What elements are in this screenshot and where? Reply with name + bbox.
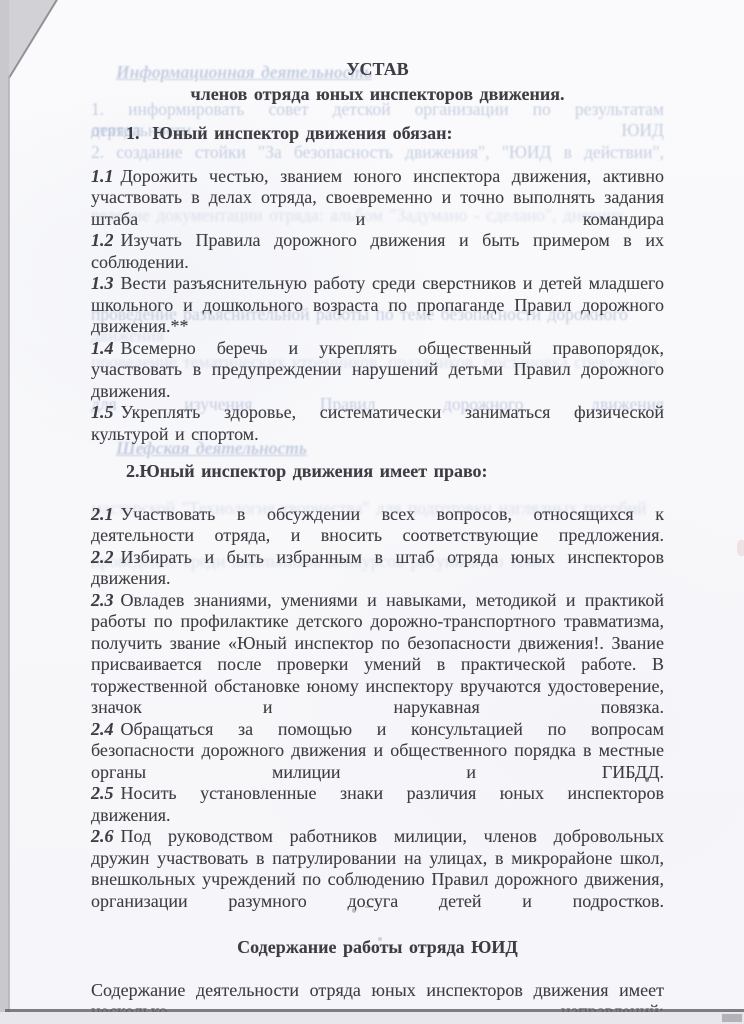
item-text: Укреплять здоровье, систематически заним… xyxy=(91,402,664,444)
paper-left-edge xyxy=(8,76,10,1012)
document-content: УСТАВ членов отряда юных инспекторов дви… xyxy=(9,0,744,1012)
item-number: 2.2 xyxy=(91,547,114,567)
item-number: 1.2 xyxy=(91,230,114,250)
item-number: 2.3 xyxy=(91,590,114,610)
document-subtitle: членов отряда юных инспекторов движения. xyxy=(91,82,664,107)
item-2-2: 2.2Избирать и быть избранным в штаб отря… xyxy=(91,547,664,590)
item-number: 1.3 xyxy=(91,273,114,293)
item-1-1: 1.1Дорожить честью, званием юного инспек… xyxy=(91,166,664,231)
item-1-5: 1.5Укреплять здоровье, систематически за… xyxy=(91,402,664,445)
item-number: 2.4 xyxy=(91,719,114,739)
item-text: Всемерно беречь и укреплять общественный… xyxy=(91,338,664,401)
item-text: Участвовать в обсуждении всех вопросов, … xyxy=(91,504,664,546)
section-1-heading: 1. Юный инспектор движения обязан: xyxy=(126,123,664,145)
paper-sheet: Информационная деятельность 1. информиро… xyxy=(9,0,744,1012)
item-text: Под руководством работников милиции, чле… xyxy=(91,826,664,911)
scanner-bottom-strip xyxy=(0,1012,744,1024)
item-2-3: 2.3Овладев знаниями, умениями и навыками… xyxy=(91,590,664,719)
item-number: 2.5 xyxy=(91,783,114,803)
item-text: Обращаться за помощью и консультацией по… xyxy=(91,719,664,782)
item-number: 1.4 xyxy=(91,338,114,358)
item-text: Изучать Правила дорожного движения и быт… xyxy=(91,230,664,272)
item-1-4: 1.4Всемерно беречь и укреплять обществен… xyxy=(91,338,664,403)
item-number: 2.1 xyxy=(91,504,114,524)
item-2-5: 2.5Носить установленные знаки различия ю… xyxy=(91,783,664,826)
item-2-4: 2.4Обращаться за помощью и консультацией… xyxy=(91,719,664,784)
document-title: УСТАВ xyxy=(91,57,664,82)
item-text: Вести разъяснительную работу среди сверс… xyxy=(91,273,664,336)
item-1-2: 1.2Изучать Правила дорожного движения и … xyxy=(91,230,664,273)
item-text: Носить установленные знаки различия юных… xyxy=(91,783,664,825)
item-number: 1.5 xyxy=(91,402,114,422)
item-text: Овладев знаниями, умениями и навыками, м… xyxy=(91,590,664,718)
item-text: Избирать и быть избранным в штаб отряда … xyxy=(91,547,664,589)
item-text: Дорожить честью, званием юного инспектор… xyxy=(91,166,664,229)
item-number: 2.6 xyxy=(91,826,114,846)
section-2-heading: 2.Юный инспектор движения имеет право: xyxy=(126,461,664,483)
section-3-heading: Содержание работы отряда ЮИД xyxy=(91,937,664,959)
document-title-block: УСТАВ членов отряда юных инспекторов дви… xyxy=(91,57,664,107)
scan-bottom-right-mark xyxy=(722,1014,742,1022)
item-2-1: 2.1Участвовать в обсуждении всех вопросо… xyxy=(91,504,664,547)
item-2-6: 2.6Под руководством работников милиции, … xyxy=(91,826,664,912)
item-1-3: 1.3Вести разъяснительную работу среди св… xyxy=(91,273,664,338)
scanned-page: Информационная деятельность 1. информиро… xyxy=(0,0,744,1024)
item-number: 1.1 xyxy=(91,166,114,186)
